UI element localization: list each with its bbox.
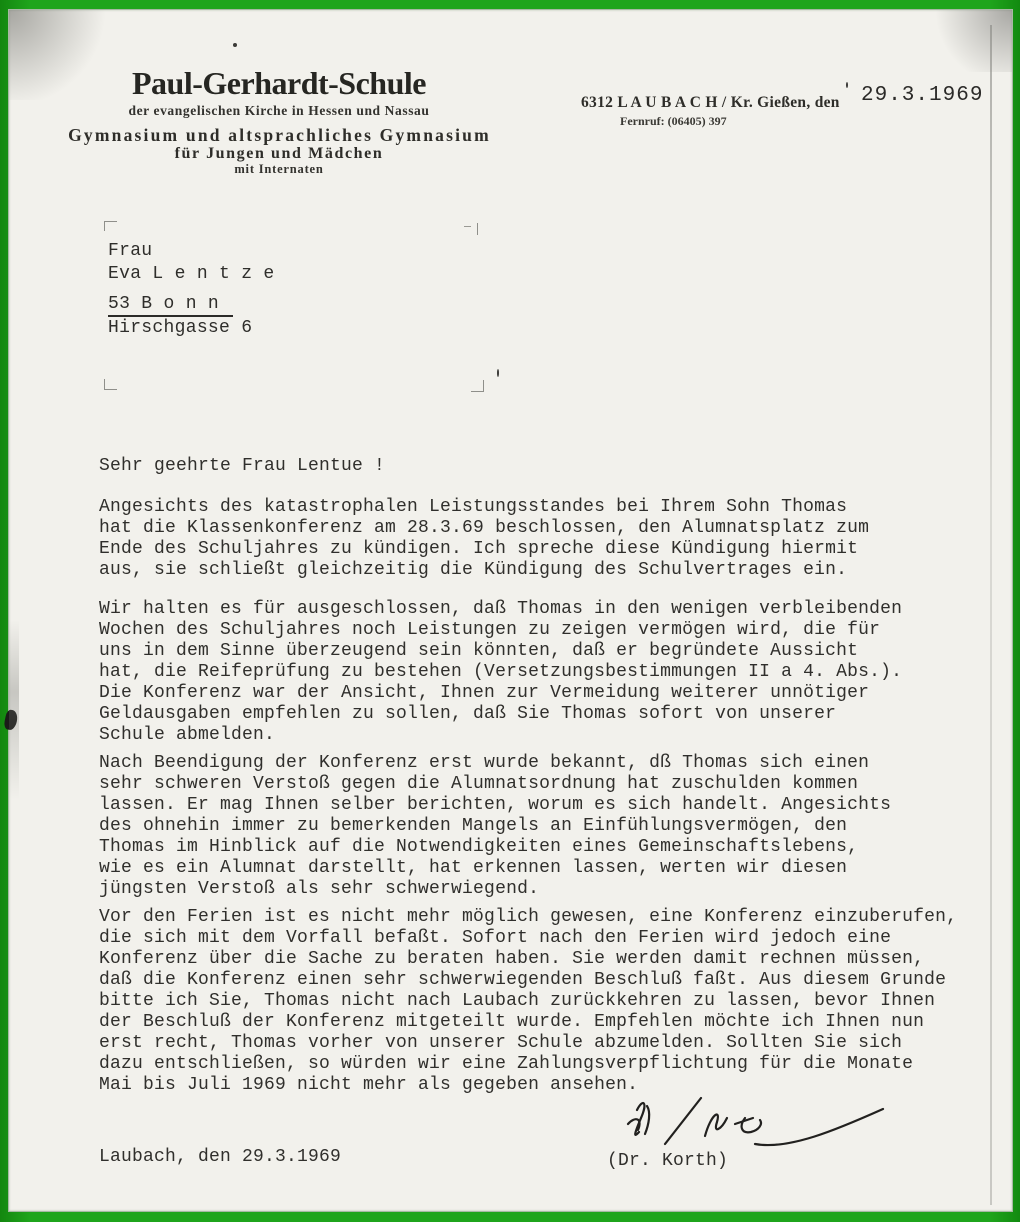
letterhead-school-name: Paul-Gerhardt-Schule [79, 65, 479, 102]
scan-smudge-top-right [922, 10, 1012, 72]
paragraph-4: Vor den Ferien ist es nicht mehr möglich… [99, 907, 1009, 1096]
window-mark-top-left [104, 221, 117, 231]
paragraph-2: Wir halten es für ausgeschlossen, daß Th… [99, 599, 1004, 746]
dust-mark [846, 82, 848, 88]
salutation: Sehr geehrte Frau Lentue ! [99, 456, 385, 477]
letterhead-church-line: der evangelischen Kirche in Hessen und N… [79, 103, 479, 119]
letterhead-audience-line: für Jungen und Mädchen [79, 145, 479, 163]
letter-paper: Paul-Gerhardt-Schule der evangelischen K… [8, 9, 1013, 1212]
letterhead-phone-line: Fernruf: (06405) 397 [620, 114, 727, 129]
scanned-letter-page: Paul-Gerhardt-Schule der evangelischen K… [0, 0, 1020, 1222]
window-mark-top-right [477, 223, 478, 235]
letterhead-place-line: 6312 L A U B A C H / Kr. Gießen, den [581, 94, 840, 112]
recipient-city: 53 B o n n [108, 294, 233, 317]
signature-name: (Dr. Korth) [607, 1151, 728, 1172]
letter-date: 29.3.1969 [861, 84, 983, 107]
paragraph-1: Angesichts des katastrophalen Leistungss… [99, 497, 1004, 581]
letterhead-boarding-line: mit Internaten [79, 162, 479, 177]
recipient-street: Hirschgasse 6 [108, 318, 252, 338]
window-mark-bottom-left [104, 379, 117, 390]
dust-spot [233, 43, 237, 47]
closing-place-date: Laubach, den 29.3.1969 [99, 1147, 341, 1168]
recipient-title: Frau [108, 241, 152, 261]
dust-mark-2 [497, 369, 499, 377]
recipient-name: Eva L e n t z e [108, 264, 275, 284]
window-mark-top-right-dash [464, 226, 471, 227]
window-mark-bottom-right [471, 380, 484, 392]
handwritten-signature [621, 1094, 891, 1158]
paragraph-3: Nach Beendigung der Konferenz erst wurde… [99, 753, 1004, 900]
scan-streak-left [9, 620, 19, 800]
letterhead-type-line: Gymnasium und altsprachliches Gymnasium [57, 125, 502, 146]
